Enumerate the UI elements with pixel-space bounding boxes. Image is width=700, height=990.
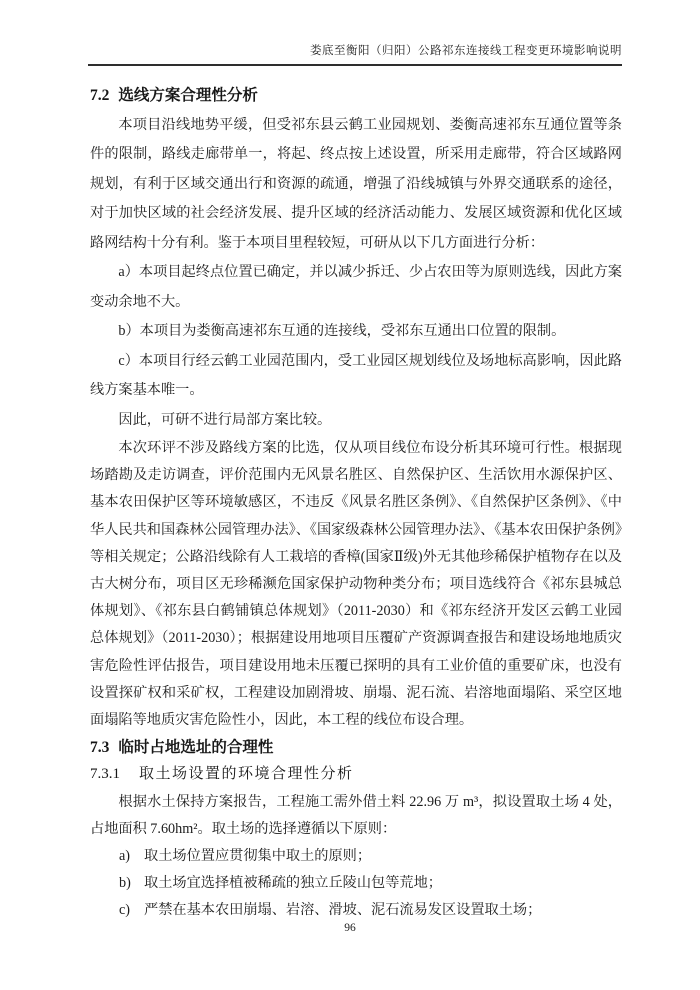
paragraph-point-c: c）本项目行经云鹤工业园范围内，受工业园区规划线位及场地标高影响，因此路线方案基… bbox=[90, 347, 622, 406]
paragraph-point-b: b）本项目为娄衡高速祁东互通的连接线，受祁东互通出口位置的限制。 bbox=[90, 317, 622, 347]
paragraph-point-a: a）本项目起终点位置已确定，并以减少拆迁、少占农田等为原则选线，因此方案变动余地… bbox=[90, 258, 622, 317]
paragraph-eia-analysis: 本次环评不涉及路线方案的比选，仅从项目线位布设分析其环境可行性。根据现场踏勘及走… bbox=[90, 435, 622, 734]
section-heading-7-2: 7.2选线方案合理性分析 bbox=[90, 81, 622, 111]
section-heading-7-3-1: 7.3.1取土场设置的环境合理性分析 bbox=[90, 761, 622, 788]
principle-list: a)取土场位置应贯彻集中取土的原则； b)取土场宜选择植被稀疏的独立丘陵山包等荒… bbox=[90, 843, 622, 925]
list-marker: b) bbox=[119, 870, 144, 897]
section-title: 临时占地选址的合理性 bbox=[118, 739, 273, 756]
list-item: c)严禁在基本农田崩塌、岩溶、滑坡、泥石流易发区设置取土场； bbox=[90, 897, 622, 924]
section-title: 取土场设置的环境合理性分析 bbox=[139, 766, 354, 782]
list-item-text: 严禁在基本农田崩塌、岩溶、滑坡、泥石流易发区设置取土场； bbox=[144, 902, 541, 918]
section-number: 7.3.1 bbox=[90, 766, 120, 782]
document-page: 娄底至衡阳（归阳）公路祁东连接线工程变更环境影响说明 7.2选线方案合理性分析 … bbox=[0, 0, 700, 990]
paragraph-conclusion: 因此，可研不进行局部方案比较。 bbox=[90, 406, 622, 436]
document-content: 7.2选线方案合理性分析 本项目沿线地势平缓，但受祁东县云鹤工业园规划、娄衡高速… bbox=[90, 81, 622, 925]
list-item-text: 取土场位置应贯彻集中取土的原则； bbox=[144, 848, 371, 864]
section-number: 7.2 bbox=[90, 87, 109, 104]
list-marker: a) bbox=[119, 843, 144, 870]
list-marker: c) bbox=[119, 897, 144, 924]
list-item: b)取土场宜选择植被稀疏的独立丘陵山包等荒地； bbox=[90, 870, 622, 897]
list-item-text: 取土场宜选择植被稀疏的独立丘陵山包等荒地； bbox=[144, 875, 442, 891]
section-heading-7-3: 7.3临时占地选址的合理性 bbox=[90, 734, 622, 761]
header-title: 娄底至衡阳（归阳）公路祁东连接线工程变更环境影响说明 bbox=[310, 45, 622, 57]
section-7-3-block: 本次环评不涉及路线方案的比选，仅从项目线位布设分析其环境可行性。根据现场踏勘及走… bbox=[90, 435, 622, 925]
section-number: 7.3 bbox=[90, 739, 109, 756]
list-item: a)取土场位置应贯彻集中取土的原则； bbox=[90, 843, 622, 870]
page-number: 96 bbox=[0, 922, 700, 934]
section-7-2-block: 7.2选线方案合理性分析 本项目沿线地势平缓，但受祁东县云鹤工业园规划、娄衡高速… bbox=[90, 81, 622, 435]
running-header: 娄底至衡阳（归阳）公路祁东连接线工程变更环境影响说明 bbox=[88, 44, 622, 66]
section-title: 选线方案合理性分析 bbox=[118, 87, 258, 104]
paragraph-borrow-pit: 根据水土保持方案报告，工程施工需外借土料 22.96 万 m³，拟设置取土场 4… bbox=[90, 789, 622, 843]
paragraph-overview: 本项目沿线地势平缓，但受祁东县云鹤工业园规划、娄衡高速祁东互通位置等条件的限制，… bbox=[90, 111, 622, 259]
